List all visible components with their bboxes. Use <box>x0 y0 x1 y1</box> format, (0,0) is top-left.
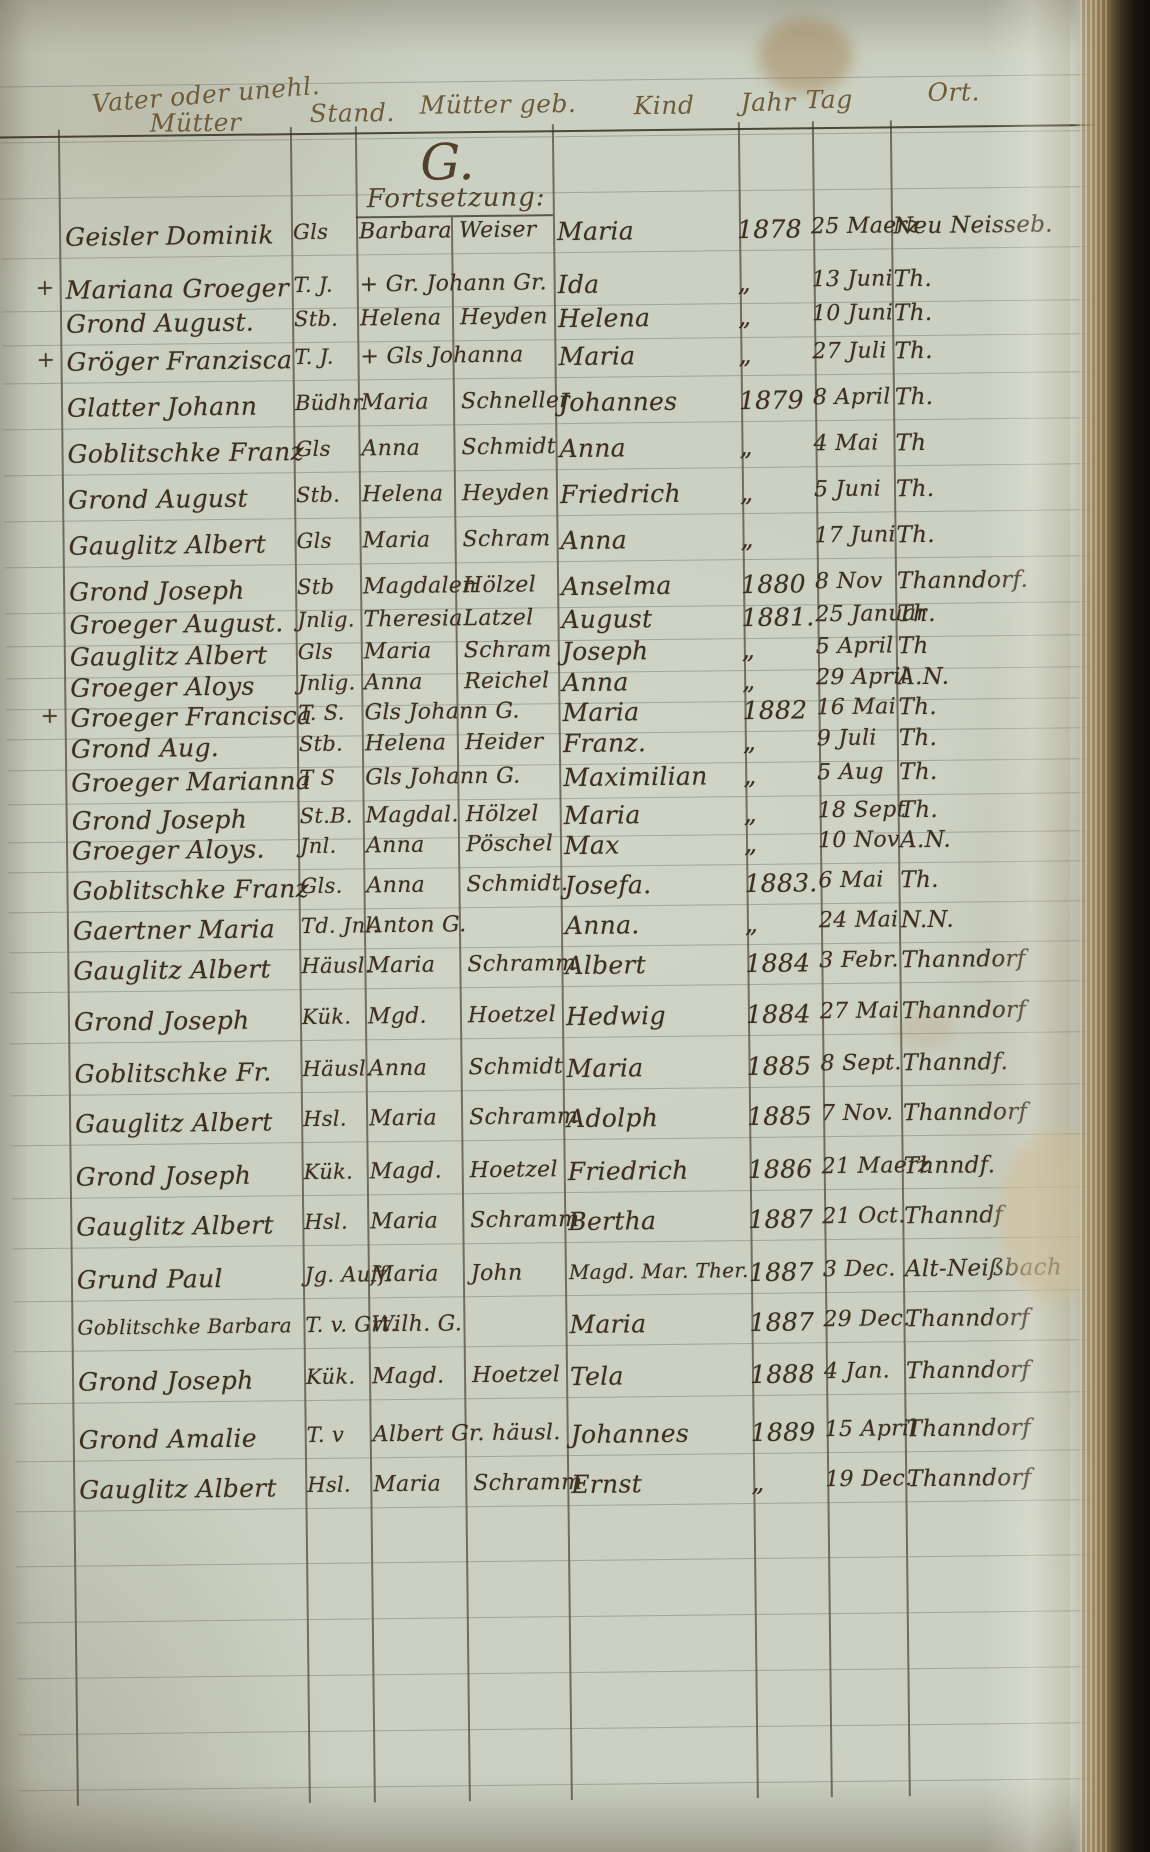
mother-maidenname-cell: Hoetzel <box>468 1004 556 1027</box>
name-cell: Goblitschke Franz <box>67 439 304 467</box>
margin-mark: + <box>40 706 59 728</box>
child-cell: Johannes <box>559 389 678 415</box>
name-cell: Grond Joseph <box>78 1368 254 1395</box>
mother-firstname-cell: Anna <box>361 438 420 461</box>
stand-cell: Kük. <box>302 1007 352 1029</box>
day-cell: 5 Aug <box>817 761 884 784</box>
stand-cell: Gls <box>298 642 333 663</box>
mother-maidenname-cell: Heyden <box>460 306 548 329</box>
child-cell: Ernst <box>571 1471 642 1497</box>
day-cell: 3 Dec. <box>823 1258 896 1281</box>
name-cell: Grond Amalie <box>79 1426 257 1453</box>
place-cell: Th. <box>894 268 933 291</box>
day-cell: 9 Juli <box>817 728 877 751</box>
stand-cell: St.B. <box>300 805 353 827</box>
place-cell: Th. <box>894 340 933 363</box>
mother-firstname-cell: Maria <box>362 530 430 553</box>
ruled-line <box>19 1777 1150 1791</box>
mother-maidenname-cell: Hölzel <box>466 803 539 826</box>
table-row: Gauglitz AlbertHsl.MariaSchrammErnst„19 … <box>15 1465 1150 1518</box>
ruled-line <box>1 185 1150 199</box>
year-cell: „ <box>744 831 758 856</box>
table-row: Grond JosephKük.Mgd.HoetzelHedwig188427 … <box>10 997 1150 1050</box>
mother-firstname-cell: Helena <box>362 483 444 506</box>
margin-mark: + <box>36 350 55 372</box>
day-cell: 10 Juni <box>812 302 894 325</box>
ink-stain <box>758 18 853 93</box>
year-cell: „ <box>743 729 757 754</box>
name-cell: Grond Joseph <box>76 1163 252 1190</box>
day-cell: 5 Juni <box>814 478 881 501</box>
child-cell: Maximilian <box>563 763 708 790</box>
mother-firstname-cell: Mgd. <box>368 1006 427 1029</box>
place-cell: Th. <box>900 869 939 892</box>
place-cell: Th <box>895 432 926 455</box>
name-cell: Groeger Aloys <box>70 674 255 701</box>
mother-maidenname-cell: Reichel <box>464 670 550 693</box>
day-cell: 29 Dec. <box>823 1308 910 1331</box>
year-cell: „ <box>742 637 756 662</box>
name-cell: Glatter Johann <box>67 394 257 421</box>
mother-firstname-cell: Anna <box>366 835 425 858</box>
name-cell: Gröger Franzisca <box>66 347 292 375</box>
child-cell: Maria <box>558 343 635 369</box>
column-header-place: Ort. <box>927 79 980 105</box>
name-cell: Grund Paul <box>77 1266 223 1293</box>
child-cell: Adolph <box>567 1105 658 1131</box>
child-cell: Max <box>564 832 620 858</box>
stand-cell: Häusl. <box>302 1058 373 1080</box>
faint-stain <box>895 1010 955 1050</box>
mother-firstname-cell: Maria <box>367 955 435 978</box>
stand-cell: Gls <box>295 439 330 460</box>
name-cell: Gauglitz Albert <box>70 642 268 669</box>
mother-firstname-cell: Theresia <box>363 608 462 631</box>
child-cell: Friedrich <box>560 481 681 507</box>
year-cell: „ <box>740 526 754 551</box>
mother-firstname-cell: Gls Johann G. <box>365 766 521 790</box>
mother-firstname-cell: Anna <box>364 672 423 695</box>
stand-cell: Kük. <box>306 1367 356 1389</box>
name-cell: Grond Joseph <box>72 807 248 834</box>
name-cell: Geisler Dominik <box>65 222 274 249</box>
page-content: Vater oder unehl. Mütter Stand. Mütter g… <box>0 0 1150 1852</box>
mother-maidenname-cell: Schramm <box>473 1472 582 1495</box>
child-cell: Anna <box>560 527 627 553</box>
name-cell: Gauglitz Albert <box>76 1212 274 1239</box>
stand-cell: Stb <box>297 577 334 598</box>
column-header-name-line2: Mütter <box>150 110 242 136</box>
day-cell: 29 April <box>816 666 908 689</box>
mother-maidenname-cell: Schneller <box>461 390 570 413</box>
column-header-stand: Stand. <box>310 100 395 126</box>
year-cell: 1887 <box>749 1259 814 1285</box>
year-cell: 1887 <box>748 1206 813 1232</box>
section-letter: G. <box>420 137 475 188</box>
stand-cell: T. J. <box>294 347 333 368</box>
stand-cell: Jnl. <box>300 836 337 857</box>
table-row: Grond JosephKük.Magd.HoetzelFriedrich188… <box>12 1152 1150 1205</box>
child-cell: Anna <box>562 669 629 695</box>
stand-cell: Stb. <box>294 309 338 330</box>
mother-firstname-cell: Maria <box>361 392 429 415</box>
year-cell: 1887 <box>749 1309 814 1335</box>
stand-cell: Stb. <box>296 485 340 506</box>
stand-cell: T. S. <box>298 703 344 725</box>
mother-maidenname-cell: Heyden <box>462 482 550 505</box>
child-cell: Tela <box>570 1363 624 1389</box>
register-page-scan: Vater oder unehl. Mütter Stand. Mütter g… <box>0 0 1150 1852</box>
mother-firstname-cell: Gls Johann G. <box>364 701 520 725</box>
child-cell: Maria <box>562 699 639 725</box>
name-cell: Goblitschke Barbara <box>77 1315 292 1337</box>
day-cell: 10 Nov <box>818 829 900 852</box>
name-cell: Gauglitz Albert <box>68 531 266 558</box>
year-cell: „ <box>738 304 752 329</box>
child-cell: Maria <box>564 802 641 828</box>
mother-maidenname-cell: Schramm <box>470 1209 579 1232</box>
year-cell: 1880 <box>741 571 806 597</box>
year-cell: 1888 <box>750 1361 815 1387</box>
mother-maidenname-cell: Heider <box>465 731 544 754</box>
stand-cell: Hsl. <box>307 1475 351 1496</box>
mother-firstname-cell: Barbara <box>359 220 452 243</box>
place-cell: Th. <box>899 727 938 750</box>
year-cell: 1884 <box>746 1001 811 1027</box>
year-cell: 1885 <box>746 1053 811 1079</box>
mother-maidenname-cell: Latzel <box>463 607 533 630</box>
name-cell: Gaertner Maria <box>73 916 275 943</box>
name-cell: Groeger Marianna <box>71 768 311 796</box>
mother-firstname-cell: Anton G. <box>367 914 467 937</box>
day-cell: 18 Sept <box>818 799 906 822</box>
year-cell: „ <box>745 911 759 936</box>
place-cell: N.N. <box>901 909 954 933</box>
stand-cell: Stb. <box>299 734 343 755</box>
stand-cell: Hsl. <box>304 1212 348 1233</box>
mother-firstname-cell: Wilh. G. <box>371 1313 462 1336</box>
child-cell: Joseph <box>562 638 649 664</box>
year-cell: „ <box>743 763 757 788</box>
child-cell: Anna. <box>565 912 640 938</box>
year-cell: „ <box>742 668 756 693</box>
year-cell: 1885 <box>747 1103 812 1129</box>
child-cell: Maria <box>569 1311 646 1337</box>
mother-firstname-cell: Magdalen <box>363 575 477 598</box>
child-cell: Josefa. <box>564 872 651 898</box>
day-cell: 27 Juli <box>812 340 886 363</box>
mother-firstname-cell: + Gr. Johann Gr. <box>360 272 547 296</box>
place-cell: Th. <box>900 799 939 822</box>
mother-firstname-cell: Maria <box>371 1264 439 1287</box>
place-cell: Th. <box>899 761 938 784</box>
day-cell: 8 Sept. <box>820 1052 901 1075</box>
mother-maidenname-cell: Schramm <box>467 953 576 976</box>
table-row: Gauglitz AlbertHsl.MariaSchrammAdolph188… <box>11 1099 1150 1152</box>
table-row: Grund PaulJg. Auff.MariaJohnMagd. Mar. T… <box>13 1255 1150 1308</box>
place-cell: A.N. <box>898 666 949 690</box>
name-cell: Grond Joseph <box>74 1008 250 1035</box>
year-cell: 1889 <box>751 1419 816 1445</box>
year-cell: 1878 <box>737 216 802 242</box>
child-cell: Franz. <box>563 730 647 756</box>
day-cell: 19 Dec. <box>825 1468 912 1491</box>
mother-maidenname-cell: Weiser <box>459 219 537 242</box>
table-row: Grond AmalieT. vAlbert Gr. häusl.Johanne… <box>15 1415 1150 1468</box>
stand-cell: T. J. <box>294 275 333 296</box>
day-cell: 24 Mai <box>819 909 899 932</box>
mother-firstname-cell: Anna <box>368 1058 427 1081</box>
year-cell: 1882 <box>742 697 807 723</box>
day-cell: 27 Mai <box>820 1000 900 1023</box>
stand-cell: T S <box>299 768 335 789</box>
mother-maidenname-cell: John <box>471 1263 523 1286</box>
name-cell: Grond Joseph <box>69 578 245 605</box>
place-cell: Th. <box>894 302 933 325</box>
mother-firstname-cell: Helena <box>360 307 442 330</box>
place-cell: Th. <box>898 696 937 719</box>
place-cell: A.N. <box>900 829 951 853</box>
day-cell: 7 Nov. <box>821 1102 893 1125</box>
stand-cell: Jnlig. <box>297 609 355 631</box>
stand-cell: T. v <box>307 1425 345 1446</box>
day-cell: 13 Juni <box>812 268 894 291</box>
name-cell: Goblitschke Fr. <box>74 1059 271 1086</box>
table-row: Grond AugustStb.HelenaHeydenFriedrich„5 … <box>4 475 1150 528</box>
mother-firstname-cell: Maria <box>369 1108 437 1131</box>
day-cell: 16 Mai <box>816 696 896 719</box>
mother-maidenname-cell: Hoetzel <box>472 1364 560 1387</box>
name-cell: Goblitschke Franz <box>72 876 309 904</box>
year-cell: 1884 <box>745 950 810 976</box>
continuation-label: Fortsetzung: <box>367 184 546 212</box>
child-cell: Hedwig <box>566 1003 666 1029</box>
day-cell: 15 April <box>825 1418 917 1441</box>
name-cell: Gauglitz Albert <box>75 1109 273 1136</box>
name-cell: Grond August. <box>66 310 254 337</box>
day-cell: 4 Mai <box>813 433 878 456</box>
mother-firstname-cell: + Gls Johanna <box>360 345 523 369</box>
mother-firstname-cell: Maria <box>364 641 432 664</box>
child-cell: Magd. Mar. Ther. <box>569 1260 749 1282</box>
stand-cell: Häusl. <box>301 955 372 977</box>
child-cell: Friedrich <box>568 1158 689 1184</box>
name-cell: Gauglitz Albert <box>79 1475 277 1502</box>
table-row: Geisler DominikGlsBarbaraWeiserMaria1878… <box>1 212 1150 265</box>
year-cell: „ <box>751 1470 765 1495</box>
ruled-line <box>17 1665 1150 1679</box>
mother-firstname-cell: Anna <box>366 875 425 898</box>
table-row: Goblitschke Fr.Häusl.AnnaSchmidtMaria188… <box>10 1049 1150 1102</box>
place-cell: Th. <box>895 386 934 409</box>
day-cell: 17 Juni <box>814 524 896 547</box>
name-cell: Groeger August. <box>69 610 283 637</box>
name-cell: Mariana Groeger <box>66 275 290 303</box>
day-cell: 6 Mai <box>818 869 883 892</box>
child-cell: Anselma <box>561 573 672 599</box>
mother-firstname-cell: Maria <box>373 1474 441 1497</box>
child-cell: Helena <box>558 305 650 331</box>
name-cell: Gauglitz Albert <box>73 956 271 983</box>
mother-maidenname-cell: Pöschel <box>466 833 553 856</box>
year-cell: „ <box>738 342 752 367</box>
column-header-year: Jahr <box>740 89 795 115</box>
mother-firstname-cell: Magd. <box>372 1365 445 1388</box>
stand-cell: Jnlig. <box>298 672 356 694</box>
stand-cell: Hsl. <box>303 1109 347 1130</box>
day-cell: 8 April <box>813 386 891 409</box>
place-cell: Th. <box>896 524 935 547</box>
child-cell: Anna <box>559 435 626 461</box>
child-cell: Maria <box>566 1055 643 1081</box>
table-row: Glatter JohannBüdhrMariaSchnellerJohanne… <box>3 383 1150 436</box>
mother-maidenname-cell: Schmidt. <box>466 873 568 896</box>
page-edge-streaks <box>1080 0 1110 1852</box>
year-cell: „ <box>740 480 754 505</box>
page-curl-highlight <box>985 0 1070 1852</box>
mother-firstname-cell: Maria <box>370 1211 438 1234</box>
mother-maidenname-cell: Hoetzel <box>470 1159 558 1182</box>
day-cell: 8 Nov <box>815 570 883 593</box>
year-cell: „ <box>738 270 752 295</box>
margin-mark: + <box>36 278 55 300</box>
mother-firstname-cell: Magdal. <box>366 804 459 827</box>
ruled-line <box>17 1609 1150 1623</box>
place-cell: Th. <box>896 478 935 501</box>
mother-maidenname-cell: Hölzel <box>463 574 536 597</box>
year-cell: „ <box>744 801 758 826</box>
table-row: Grond JosephKük.Magd.HoetzelTela18884 Ja… <box>14 1357 1150 1410</box>
year-cell: 1886 <box>748 1156 813 1182</box>
day-cell: 21 Oct. <box>822 1205 906 1228</box>
name-cell: Grond August <box>68 486 248 513</box>
name-cell: Groeger Aloys. <box>72 836 265 863</box>
column-header-child: Kind <box>634 93 695 119</box>
table-row: Gauglitz AlbertHsl.MariaSchrammBertha188… <box>12 1202 1150 1255</box>
name-cell: Groeger Francisca <box>70 703 312 731</box>
mother-firstname-cell: Albert Gr. häusl. <box>373 1422 561 1446</box>
mother-firstname-cell: Helena <box>365 732 447 755</box>
stand-cell: Büdhr <box>295 392 363 414</box>
place-cell: Th <box>898 635 929 658</box>
stand-cell: Kük. <box>304 1162 354 1184</box>
mother-maidenname-cell: Schram <box>462 528 550 551</box>
table-row: Goblitschke BarbaraT. v. Grt.Wilh. G.Mar… <box>13 1305 1150 1358</box>
table-row: Goblitschke FranzGlsAnnaSchmidtAnna„4 Ma… <box>3 429 1150 482</box>
child-cell: August <box>561 606 652 632</box>
child-cell: Ida <box>558 272 600 297</box>
day-cell: 5 April <box>816 635 894 658</box>
mother-maidenname-cell: Schram <box>464 639 552 662</box>
name-cell: Grond Aug. <box>71 735 219 762</box>
place-cell: Thnndf. <box>904 1154 996 1178</box>
mother-firstname-cell: Magd. <box>370 1161 443 1184</box>
column-header-mother: Mütter geb. <box>419 91 576 118</box>
child-cell: Johannes <box>571 1421 690 1447</box>
place-cell: Th. <box>897 603 936 626</box>
child-cell: Bertha <box>568 1208 656 1234</box>
year-cell: „ <box>739 434 753 459</box>
ruled-line <box>18 1721 1150 1735</box>
year-cell: 1883. <box>744 870 817 896</box>
year-cell: 1879 <box>739 387 804 413</box>
stand-cell: Gls. <box>300 876 342 897</box>
day-cell: 4 Jan. <box>824 1360 890 1383</box>
stand-cell: Gls <box>293 222 328 243</box>
child-cell: Maria <box>557 218 634 244</box>
year-cell: 1881. <box>741 604 814 630</box>
mother-maidenname-cell: Schramm <box>469 1106 578 1129</box>
mother-maidenname-cell: Schmidt <box>461 436 556 459</box>
ruled-line <box>16 1553 1150 1567</box>
day-cell: 3 Febr. <box>819 949 899 972</box>
child-cell: Albert <box>565 952 646 978</box>
mother-maidenname-cell: Schmidt <box>468 1056 563 1079</box>
stand-cell: Gls <box>296 531 331 552</box>
